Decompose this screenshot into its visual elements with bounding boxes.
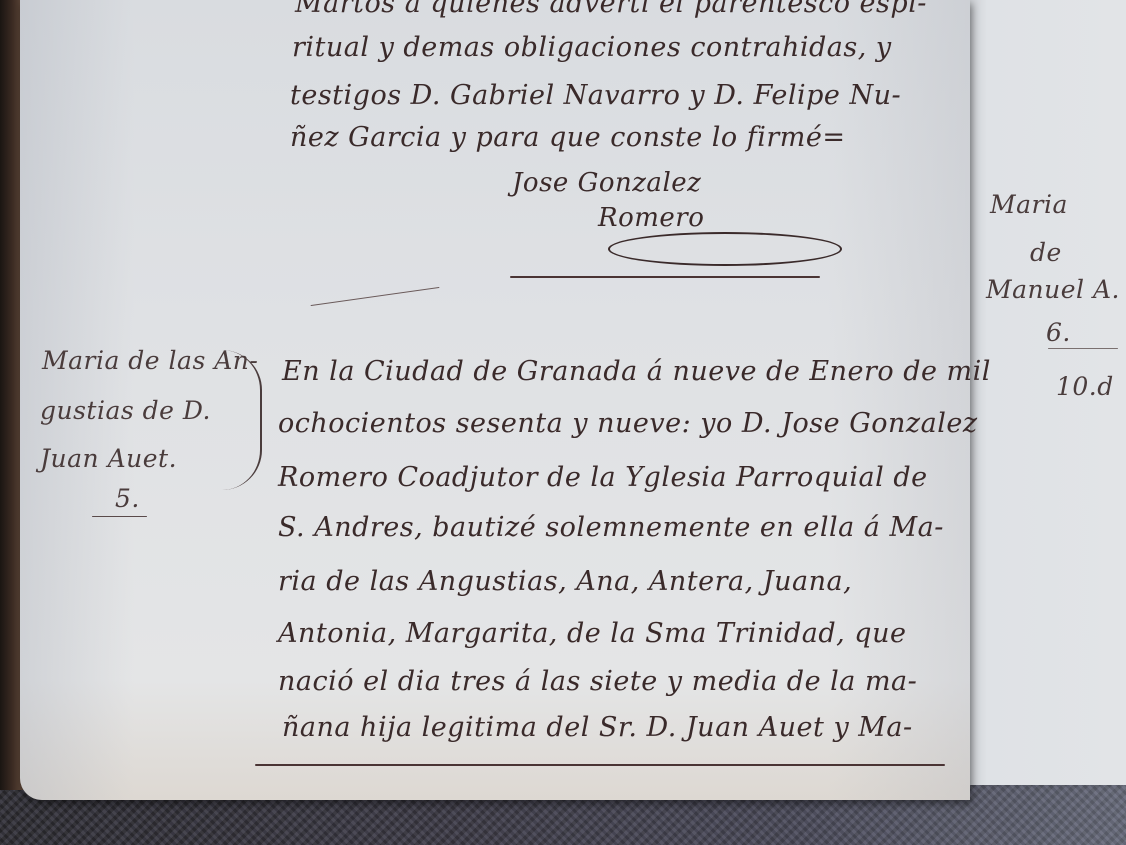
page-bottom-rule [255,764,945,766]
margin-entry-number: 5. [115,484,140,513]
entry-line-1: En la Ciudad de Granada á nueve de Enero… [282,356,991,387]
entry-line-3: Romero Coadjutor de la Yglesia Parroquia… [278,462,928,493]
left-page: Martos a quienes adverti el parentesco e… [20,0,970,800]
entry-line-6: Antonia, Margarita, de la Sma Trinidad, … [278,618,906,649]
entry-line-5: ria de las Angustias, Ana, Antera, Juana… [278,566,852,597]
right-margin-name-line2: de [1030,238,1062,267]
signature-flourish [608,232,842,266]
signature-underline [510,276,820,278]
signature-line-2: Romero [598,203,704,233]
margin-number-underline [92,516,147,517]
right-page: Maria de Manuel A. 6. 10.d [968,0,1126,785]
separator-stroke [311,287,440,306]
margin-name-line3: Juan Auet. [40,444,177,473]
entry-line-8: ñana hija legitima del Sr. D. Juan Auet … [282,712,913,743]
right-margin-entry-number: 6. [1046,318,1071,347]
prev-entry-line-2: ritual y demas obligaciones contrahidas,… [292,32,892,63]
prev-entry-line-3: testigos D. Gabriel Navarro y D. Felipe … [290,80,901,111]
margin-brace [220,350,262,490]
margin-name-line2: gustias de D. [40,396,211,425]
prev-entry-line-4: ñez Garcia y para que conste lo firmé= [290,122,845,153]
entry-line-7: nació el dia tres á las siete y media de… [278,666,917,697]
right-margin-number-underline [1048,348,1118,349]
entry-line-2: ochocientos sesenta y nueve: yo D. Jose … [278,408,978,439]
signature-line-1: Jose Gonzalez [512,168,701,198]
right-margin-extra-note: 10.d [1056,372,1114,401]
entry-line-4: S. Andres, bautizé solemnemente en ella … [278,512,944,543]
right-margin-name-line3: Manuel A. [986,275,1120,304]
right-margin-name-line1: Maria [990,190,1068,219]
prev-entry-line-1: Martos a quienes adverti el parentesco e… [295,0,927,19]
